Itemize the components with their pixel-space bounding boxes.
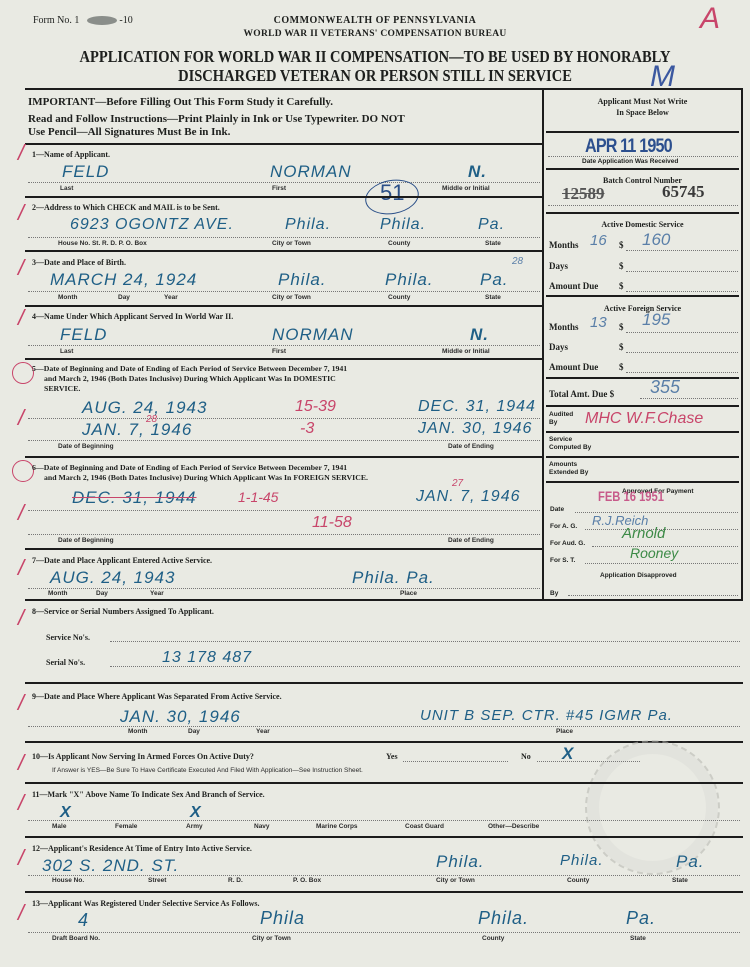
mail-city[interactable]: Phila. xyxy=(285,216,331,234)
domestic-begin-2[interactable]: JAN. 7, 1946 xyxy=(82,420,192,440)
sub-label-year: Year xyxy=(150,590,164,597)
residence-state[interactable]: Pa. xyxy=(676,852,705,872)
section-12-label: 12—Applicant's Residence At Time of Entr… xyxy=(32,844,252,853)
foreign-note: 11-58 xyxy=(312,514,352,532)
audited-signature: MHC W.F.Chase xyxy=(585,410,703,428)
domestic-months-value[interactable]: 16 xyxy=(590,232,607,249)
date-received-label: Date Application Was Received xyxy=(582,158,678,165)
sub-label-middle: Middle or Initial xyxy=(442,185,490,192)
section-7-label: 7—Date and Place Applicant Entered Activ… xyxy=(32,556,212,565)
circled-note-text: 51 xyxy=(380,180,404,206)
sub-label-day: Day xyxy=(118,294,130,301)
foreign-begin-correction[interactable]: 1-1-45 xyxy=(238,489,278,505)
office-use-header-1: Applicant Must Not Write xyxy=(544,97,741,106)
separation-place[interactable]: UNIT B SEP. CTR. #45 IGMR Pa. xyxy=(420,707,673,724)
sub-label-month: Month xyxy=(48,590,68,597)
instructions-line-3: Use Pencil—All Signatures Must Be in Ink… xyxy=(28,125,230,139)
serial-number[interactable]: 13 178 487 xyxy=(162,649,252,667)
red-tick-mark: / xyxy=(18,845,24,871)
section-5-label-3: SERVICE. xyxy=(44,384,80,393)
red-check-circle xyxy=(12,362,34,384)
option-female[interactable]: Female xyxy=(115,823,137,830)
option-male[interactable]: Male xyxy=(52,823,66,830)
domestic-service-title: Active Domestic Service xyxy=(544,220,741,229)
foreign-months-label: Months xyxy=(549,322,579,332)
sub-label-county: County xyxy=(388,294,410,301)
total-amount-label: Total Amt. Due $ xyxy=(549,389,614,399)
title-line-2: DISCHARGED VETERAN OR PERSON STILL IN SE… xyxy=(63,66,688,85)
domestic-begin-1[interactable]: AUG. 24, 1943 xyxy=(82,398,207,418)
dollar-sign: $ xyxy=(619,342,624,352)
section-13-label: 13—Applicant Was Registered Under Select… xyxy=(32,899,260,908)
serial-no-label: Serial No's. xyxy=(46,658,85,667)
domestic-end-1[interactable]: DEC. 31, 1944 xyxy=(418,398,536,416)
draft-city[interactable]: Phila xyxy=(260,908,305,929)
separation-date[interactable]: JAN. 30, 1946 xyxy=(120,707,241,727)
active-duty-no-mark[interactable]: X xyxy=(562,744,574,764)
sub-label-street: House No. St. R. D. P. O. Box xyxy=(58,240,147,247)
foreign-months-amount[interactable]: 195 xyxy=(642,310,670,330)
option-marine-corps[interactable]: Marine Corps xyxy=(316,823,358,830)
red-tick-mark: / xyxy=(18,405,24,431)
section-5-label-1: 5—Date of Beginning and Date of Ending o… xyxy=(32,364,347,373)
red-tick-mark: / xyxy=(18,900,24,926)
red-tick-mark: / xyxy=(18,140,24,166)
domestic-amount-label: Amount Due xyxy=(549,281,598,291)
residence-street[interactable]: 302 S. 2ND. ST. xyxy=(42,856,179,876)
domestic-note-1: 15-39 xyxy=(295,398,336,416)
section-9-label: 9—Date and Place Where Applicant Was Sep… xyxy=(32,692,282,701)
section-3-label: 3—Date and Place of Birth. xyxy=(32,258,126,267)
service-first-name[interactable]: NORMAN xyxy=(272,325,354,345)
option-other[interactable]: Other—Describe xyxy=(488,823,539,830)
birth-county[interactable]: Phila. xyxy=(385,270,434,290)
audited-label-2: By xyxy=(549,419,557,426)
red-tick-mark: / xyxy=(18,555,24,581)
sub-label-house: House No. xyxy=(52,877,84,884)
bureau-header: WORLD WAR II VETERANS' COMPENSATION BURE… xyxy=(0,29,750,39)
section-4-label: 4—Name Under Which Applicant Served In W… xyxy=(32,312,233,321)
red-tick-mark: / xyxy=(18,500,24,526)
option-army[interactable]: Army xyxy=(186,823,203,830)
domestic-begin-2-correction: 28 xyxy=(146,414,157,425)
red-tick-mark: / xyxy=(18,200,24,226)
section-11-label: 11—Mark "X" Above Name To Indicate Sex A… xyxy=(32,790,265,799)
important-notice: IMPORTANT—Before Filling Out This Form S… xyxy=(28,95,333,109)
domestic-days-label: Days xyxy=(549,261,568,271)
sub-label-end: Date of Ending xyxy=(448,443,494,450)
approved-date-stamp: FEB 16 1951 xyxy=(598,488,664,504)
service-middle-initial[interactable]: N. xyxy=(470,325,489,345)
sub-label-city: City or Town xyxy=(272,294,311,301)
sub-label-first: First xyxy=(272,185,286,192)
sub-label-po-box: P. O. Box xyxy=(293,877,321,884)
dollar-sign: $ xyxy=(619,362,624,372)
dollar-sign: $ xyxy=(619,322,624,332)
sub-label-day: Day xyxy=(96,590,108,597)
margin-mark-a: A xyxy=(700,2,720,36)
sub-label-county: County xyxy=(388,240,410,247)
computed-label-2: Computed By xyxy=(549,444,591,451)
foreign-amount-label: Amount Due xyxy=(549,362,598,372)
domestic-months-amount[interactable]: 160 xyxy=(642,230,670,250)
entry-date[interactable]: AUG. 24, 1943 xyxy=(50,568,175,588)
sub-label-end: Date of Ending xyxy=(448,537,494,544)
mail-street-address[interactable]: 6923 OGONTZ AVE. xyxy=(70,216,234,234)
draft-county[interactable]: Phila. xyxy=(478,908,529,929)
draft-board-number[interactable]: 4 xyxy=(78,910,89,931)
dollar-sign: $ xyxy=(619,240,624,250)
section-6-label-2: and March 2, 1946 (Both Dates Inclusive)… xyxy=(44,473,368,482)
batch-number: 65745 xyxy=(662,182,705,202)
dollar-sign: $ xyxy=(619,261,624,271)
red-tick-mark: / xyxy=(18,255,24,281)
disapproved-title: Application Disapproved xyxy=(600,572,677,579)
applicant-middle-initial[interactable]: N. xyxy=(468,162,487,182)
audited-label-1: Audited xyxy=(549,411,573,418)
entry-place[interactable]: Phila. Pa. xyxy=(352,568,435,588)
foreign-months-value[interactable]: 13 xyxy=(590,314,607,331)
sub-label-county: County xyxy=(482,935,504,942)
for-aud-g-label: For Aud. G. xyxy=(550,540,585,547)
approval-date-label: Date xyxy=(550,506,564,513)
foreign-end[interactable]: JAN. 7, 1946 xyxy=(416,488,521,506)
sub-label-street: Street xyxy=(148,877,166,884)
instructions-line-2: Read and Follow Instructions—Print Plain… xyxy=(28,112,405,126)
sub-label-city: City or Town xyxy=(272,240,311,247)
red-tick-mark: / xyxy=(18,790,24,816)
sub-label-last: Last xyxy=(60,185,73,192)
section-10-label: 10—Is Applicant Now Serving In Armed For… xyxy=(32,752,254,761)
extended-label-1: Amounts xyxy=(549,461,577,468)
by-label: By xyxy=(550,590,558,597)
no-label: No xyxy=(521,752,531,761)
extended-label-2: Extended By xyxy=(549,469,588,476)
sub-label-month: Month xyxy=(128,728,148,735)
sub-label-place: Place xyxy=(556,728,573,735)
form-title: APPLICATION FOR WORLD WAR II COMPENSATIO… xyxy=(63,47,688,85)
for-ag-label: For A. G. xyxy=(550,523,577,530)
residence-county[interactable]: Phila. xyxy=(560,852,604,869)
computed-label-1: Service xyxy=(549,436,572,443)
sub-label-last: Last xyxy=(60,348,73,355)
section-6-label-1: 6—Date of Beginning and Date of Ending o… xyxy=(32,463,347,472)
foreign-days-label: Days xyxy=(549,342,568,352)
st-signature: Rooney xyxy=(630,545,678,561)
section-8-label: 8—Service or Serial Numbers Assigned To … xyxy=(32,607,214,616)
red-tick-mark: / xyxy=(18,750,24,776)
option-coast-guard[interactable]: Coast Guard xyxy=(405,823,444,830)
option-navy[interactable]: Navy xyxy=(254,823,270,830)
sub-label-place: Place xyxy=(400,590,417,597)
draft-state[interactable]: Pa. xyxy=(626,908,656,929)
sub-label-draft-board: Draft Board No. xyxy=(52,935,100,942)
sub-label-city: City or Town xyxy=(436,877,475,884)
date-received-stamp: APR 11 1950 xyxy=(585,136,672,158)
sub-label-state: State xyxy=(485,240,501,247)
sub-label-year: Year xyxy=(256,728,270,735)
applicant-first-name[interactable]: NORMAN xyxy=(270,162,352,182)
mail-state[interactable]: Pa. xyxy=(478,216,505,234)
service-last-name[interactable]: FELD xyxy=(60,325,107,345)
domestic-months-label: Months xyxy=(549,240,579,250)
sub-label-rd: R. D. xyxy=(228,877,243,884)
sub-label-county: County xyxy=(567,877,589,884)
sub-label-middle: Middle or Initial xyxy=(442,348,490,355)
compensation-application-form: Form No. 1-10 COMMONWEALTH OF PENNSYLVAN… xyxy=(0,0,750,967)
yes-label: Yes xyxy=(386,752,398,761)
sub-label-begin: Date of Beginning xyxy=(58,537,114,544)
title-line-1: APPLICATION FOR WORLD WAR II COMPENSATIO… xyxy=(63,47,688,66)
sub-label-year: Year xyxy=(164,294,178,301)
sub-label-state: State xyxy=(672,877,688,884)
domestic-end-2[interactable]: JAN. 30, 1946 xyxy=(418,420,532,438)
birth-state[interactable]: Pa. xyxy=(480,270,509,290)
aud-g-signature: Arnold xyxy=(622,525,665,542)
sub-label-state: State xyxy=(485,294,501,301)
residence-city[interactable]: Phila. xyxy=(436,852,485,872)
sub-label-month: Month xyxy=(58,294,78,301)
commonwealth-header: COMMONWEALTH OF PENNSYLVANIA xyxy=(0,15,750,26)
red-tick-mark: / xyxy=(18,305,24,331)
dollar-sign: $ xyxy=(619,281,624,291)
for-st-label: For S. T. xyxy=(550,557,575,564)
service-no-label: Service No's. xyxy=(46,633,90,642)
domestic-note-2: -3 xyxy=(300,420,314,438)
section-5-label-2: and March 2, 1946 (Both Dates Inclusive)… xyxy=(44,374,336,383)
red-tick-mark: / xyxy=(18,605,24,631)
foreign-begin-struck: DEC. 31, 1944 xyxy=(72,488,197,508)
sub-label-state: State xyxy=(630,935,646,942)
mail-county[interactable]: Phila. xyxy=(380,216,426,234)
section-2-label: 2—Address to Which CHECK and MAIL is to … xyxy=(32,203,220,212)
birth-date[interactable]: MARCH 24, 1924 xyxy=(50,270,197,290)
foreign-end-correction: 27 xyxy=(452,478,463,489)
birth-margin-note: 28 xyxy=(512,256,523,267)
sub-label-city: City or Town xyxy=(252,935,291,942)
red-check-circle xyxy=(12,460,34,482)
sub-label-begin: Date of Beginning xyxy=(58,443,114,450)
red-tick-mark: / xyxy=(18,690,24,716)
birth-city[interactable]: Phila. xyxy=(278,270,327,290)
sub-label-first: First xyxy=(272,348,286,355)
office-use-header-2: In Space Below xyxy=(544,108,741,117)
section-10-note: If Answer is YES—Be Sure To Have Certifi… xyxy=(52,767,363,774)
total-amount-value[interactable]: 355 xyxy=(650,377,680,398)
sub-label-day: Day xyxy=(188,728,200,735)
applicant-last-name[interactable]: FELD xyxy=(62,162,109,182)
batch-number-struck: 12589 xyxy=(562,184,605,204)
section-1-label: 1—Name of Applicant. xyxy=(32,150,110,159)
